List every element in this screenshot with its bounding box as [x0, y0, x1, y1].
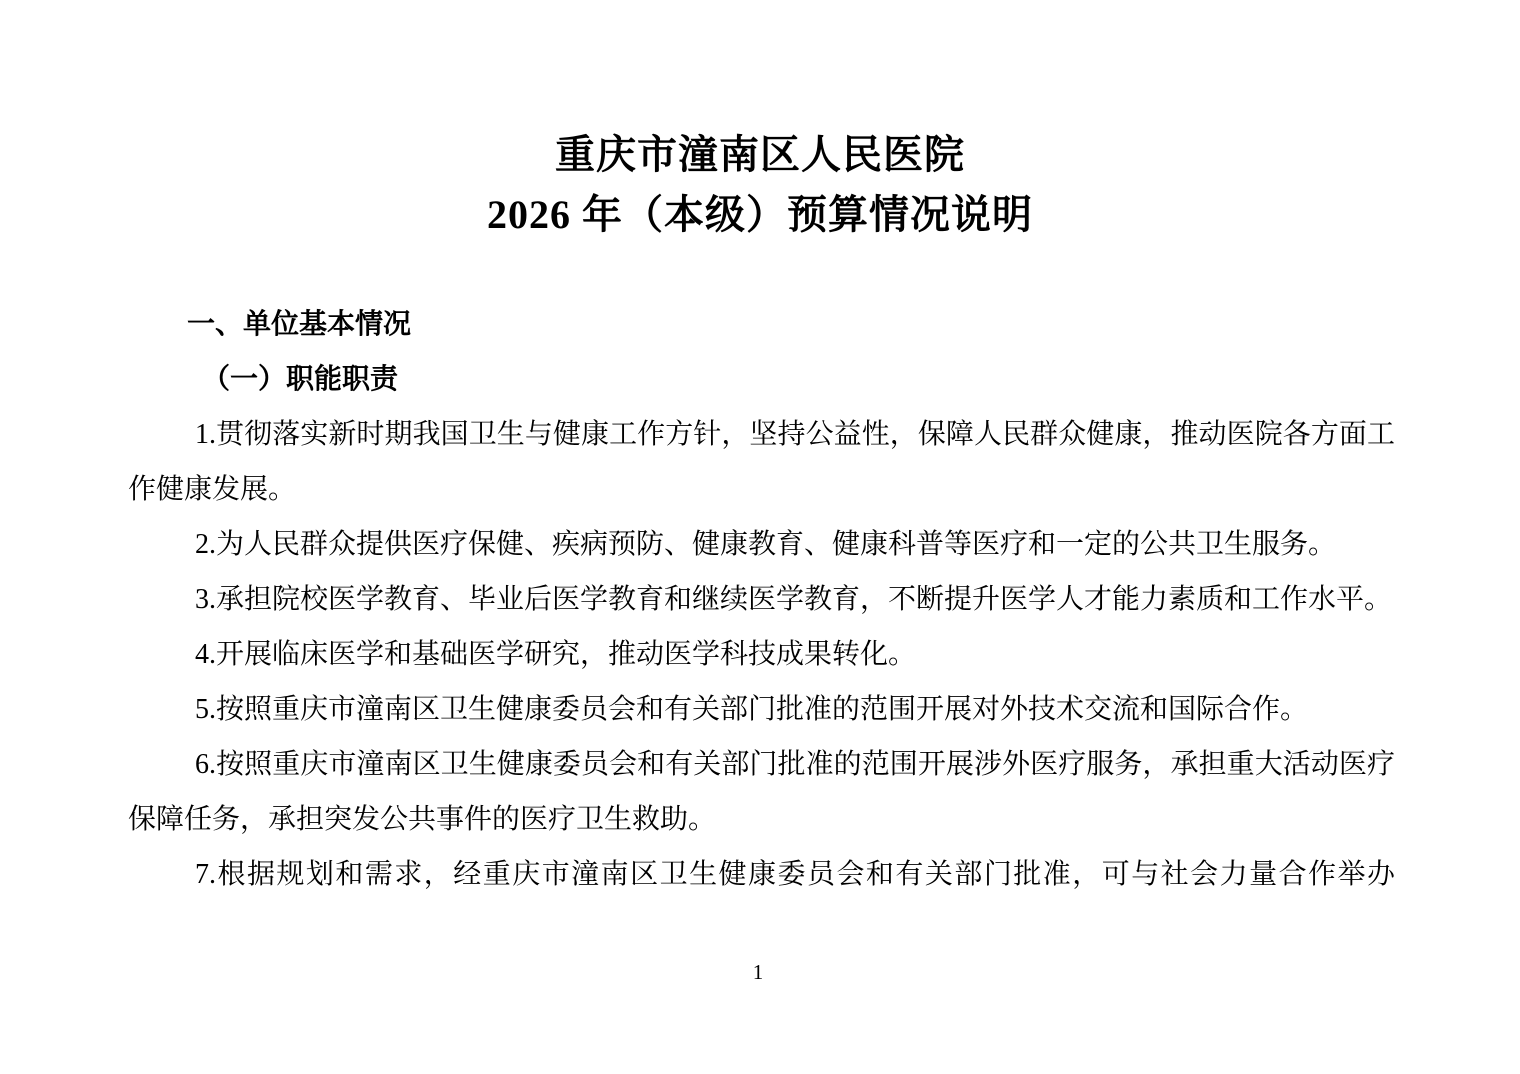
paragraph-6: 6.按照重庆市潼南区卫生健康委员会和有关部门批准的范围开展涉外医疗服务，承担重大…	[128, 737, 1395, 847]
paragraph-5: 5.按照重庆市潼南区卫生健康委员会和有关部门批准的范围开展对外技术交流和国际合作…	[128, 682, 1395, 737]
paragraph-4: 4.开展临床医学和基础医学研究，推动医学科技成果转化。	[128, 627, 1395, 682]
document-body: 一、单位基本情况 （一）职能职责 1.贯彻落实新时期我国卫生与健康工作方针，坚持…	[128, 297, 1395, 902]
paragraph-3: 3.承担院校医学教育、毕业后医学教育和继续医学教育，不断提升医学人才能力素质和工…	[128, 572, 1395, 627]
title-line-1: 重庆市潼南区人民医院	[0, 125, 1520, 185]
page-number: 1	[0, 960, 1516, 984]
paragraph-7: 7.根据规划和需求，经重庆市潼南区卫生健康委员会和有关部门批准，可与社会力量合作…	[128, 847, 1395, 902]
paragraph-1: 1.贯彻落实新时期我国卫生与健康工作方针，坚持公益性，保障人民群众健康，推动医院…	[128, 407, 1395, 517]
document-page: 重庆市潼南区人民医院 2026 年（本级）预算情况说明 一、单位基本情况 （一）…	[0, 0, 1520, 1074]
title-line-2: 2026 年（本级）预算情况说明	[0, 185, 1520, 245]
paragraph-2: 2.为人民群众提供医疗保健、疾病预防、健康教育、健康科普等医疗和一定的公共卫生服…	[128, 517, 1395, 572]
document-title: 重庆市潼南区人民医院 2026 年（本级）预算情况说明	[0, 125, 1520, 245]
subsection-heading: （一）职能职责	[128, 352, 1395, 407]
section-heading: 一、单位基本情况	[128, 297, 1395, 352]
